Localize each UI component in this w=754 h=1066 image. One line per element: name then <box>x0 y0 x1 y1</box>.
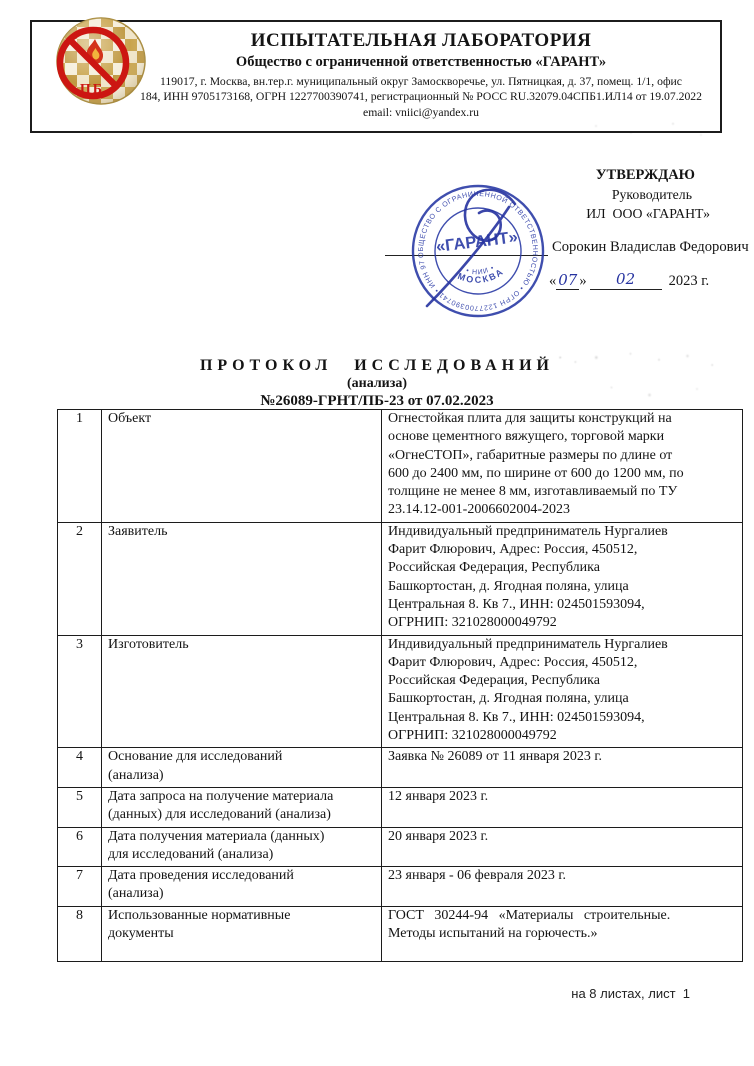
row-label-cell: Использованные нормативные документы <box>102 906 382 961</box>
row-number-cell: 4 <box>58 748 102 788</box>
stamp-city-text: МОСКВА <box>455 265 507 287</box>
protocol-subtitle: (анализа) <box>0 375 754 392</box>
handwritten-month: 02 <box>590 270 662 290</box>
protocol-title: ПРОТОКОЛ ИССЛЕДОВАНИЙ <box>0 356 754 375</box>
sheet-note: на 8 листах, лист 1 <box>571 986 690 1001</box>
row-value-cell: 20 января 2023 г. <box>382 827 743 867</box>
stamp-center-text: «ГАРАНТ» <box>435 228 519 256</box>
table-row: 3ИзготовительИндивидуальный предпринимат… <box>58 635 743 748</box>
protocol-number: №26089-ГРНТ/ПБ-23 от 07.02.2023 <box>0 392 754 410</box>
row-number-cell: 2 <box>58 522 102 635</box>
row-label-cell: Объект <box>102 410 382 523</box>
row-label-cell: Дата проведения исследований (анализа) <box>102 867 382 907</box>
row-value-cell: 23 января - 06 февраля 2023 г. <box>382 867 743 907</box>
row-value-cell: Огнестойкая плита для защиты конструкций… <box>382 410 743 523</box>
row-number-cell: 7 <box>58 867 102 907</box>
company-stamp: ОБЩЕСТВО С ОГРАНИЧЕННОЙ ОТВЕТСТВЕННОСТЬЮ… <box>400 173 556 329</box>
org-subtitle: Общество с ограниченной ответственностью… <box>132 54 710 71</box>
row-label-cell: Основание для исследований (анализа) <box>102 748 382 788</box>
title-block: ПРОТОКОЛ ИССЛЕДОВАНИЙ (анализа) №26089-Г… <box>0 356 754 410</box>
table-row: 8Использованные нормативные документыГОС… <box>58 906 743 961</box>
table-row: 6Дата получения материала (данных) для и… <box>58 827 743 867</box>
handwritten-day: 07 <box>556 271 579 290</box>
row-label-cell: Дата получения материала (данных) для ис… <box>102 827 382 867</box>
approval-date-row: «07» 02 2023 г. <box>549 270 709 290</box>
row-label-cell: Дата запроса на получение материала (дан… <box>102 787 382 827</box>
row-number-cell: 5 <box>58 787 102 827</box>
row-number-cell: 3 <box>58 635 102 748</box>
table-row: 7Дата проведения исследований (анализа)2… <box>58 867 743 907</box>
org-address: 119017, г. Москва, вн.тер.г. муниципальн… <box>132 74 710 120</box>
protocol-table-body: 1ОбъектОгнестойкая плита для защиты конс… <box>58 410 743 962</box>
row-value-cell: Заявка № 26089 от 11 января 2023 г. <box>382 748 743 788</box>
document-page: ИСПЫТАТЕЛЬНАЯ ЛАБОРАТОРИЯ Общество с огр… <box>0 0 754 1066</box>
row-number-cell: 1 <box>58 410 102 523</box>
org-title: ИСПЫТАТЕЛЬНАЯ ЛАБОРАТОРИЯ <box>132 30 710 52</box>
row-label-cell: Изготовитель <box>102 635 382 748</box>
row-label-cell: Заявитель <box>102 522 382 635</box>
letterhead-text: ИСПЫТАТЕЛЬНАЯ ЛАБОРАТОРИЯ Общество с огр… <box>132 30 710 120</box>
row-value-cell: 12 января 2023 г. <box>382 787 743 827</box>
row-value-cell: Индивидуальный предприниматель Нургалиев… <box>382 635 743 748</box>
svg-text:МОСКВА: МОСКВА <box>455 265 507 287</box>
row-number-cell: 6 <box>58 827 102 867</box>
row-value-cell: Индивидуальный предприниматель Нургалиев… <box>382 522 743 635</box>
row-value-cell: ГОСТ 30244-94 «Материалы строительные. М… <box>382 906 743 961</box>
quote-close: » <box>579 273 586 290</box>
table-row: 4Основание для исследований (анализа)Зая… <box>58 748 743 788</box>
fire-safety-emblem-icon: ПБ <box>53 15 148 107</box>
approver-name: Сорокин Владислав Федорович <box>552 239 749 256</box>
table-row: 2ЗаявительИндивидуальный предприниматель… <box>58 522 743 635</box>
protocol-table: 1ОбъектОгнестойкая плита для защиты конс… <box>57 409 743 962</box>
table-row: 1ОбъектОгнестойкая плита для защиты конс… <box>58 410 743 523</box>
table-row: 5Дата запроса на получение материала (да… <box>58 787 743 827</box>
row-number-cell: 8 <box>58 906 102 961</box>
approval-year: 2023 г. <box>669 273 710 290</box>
